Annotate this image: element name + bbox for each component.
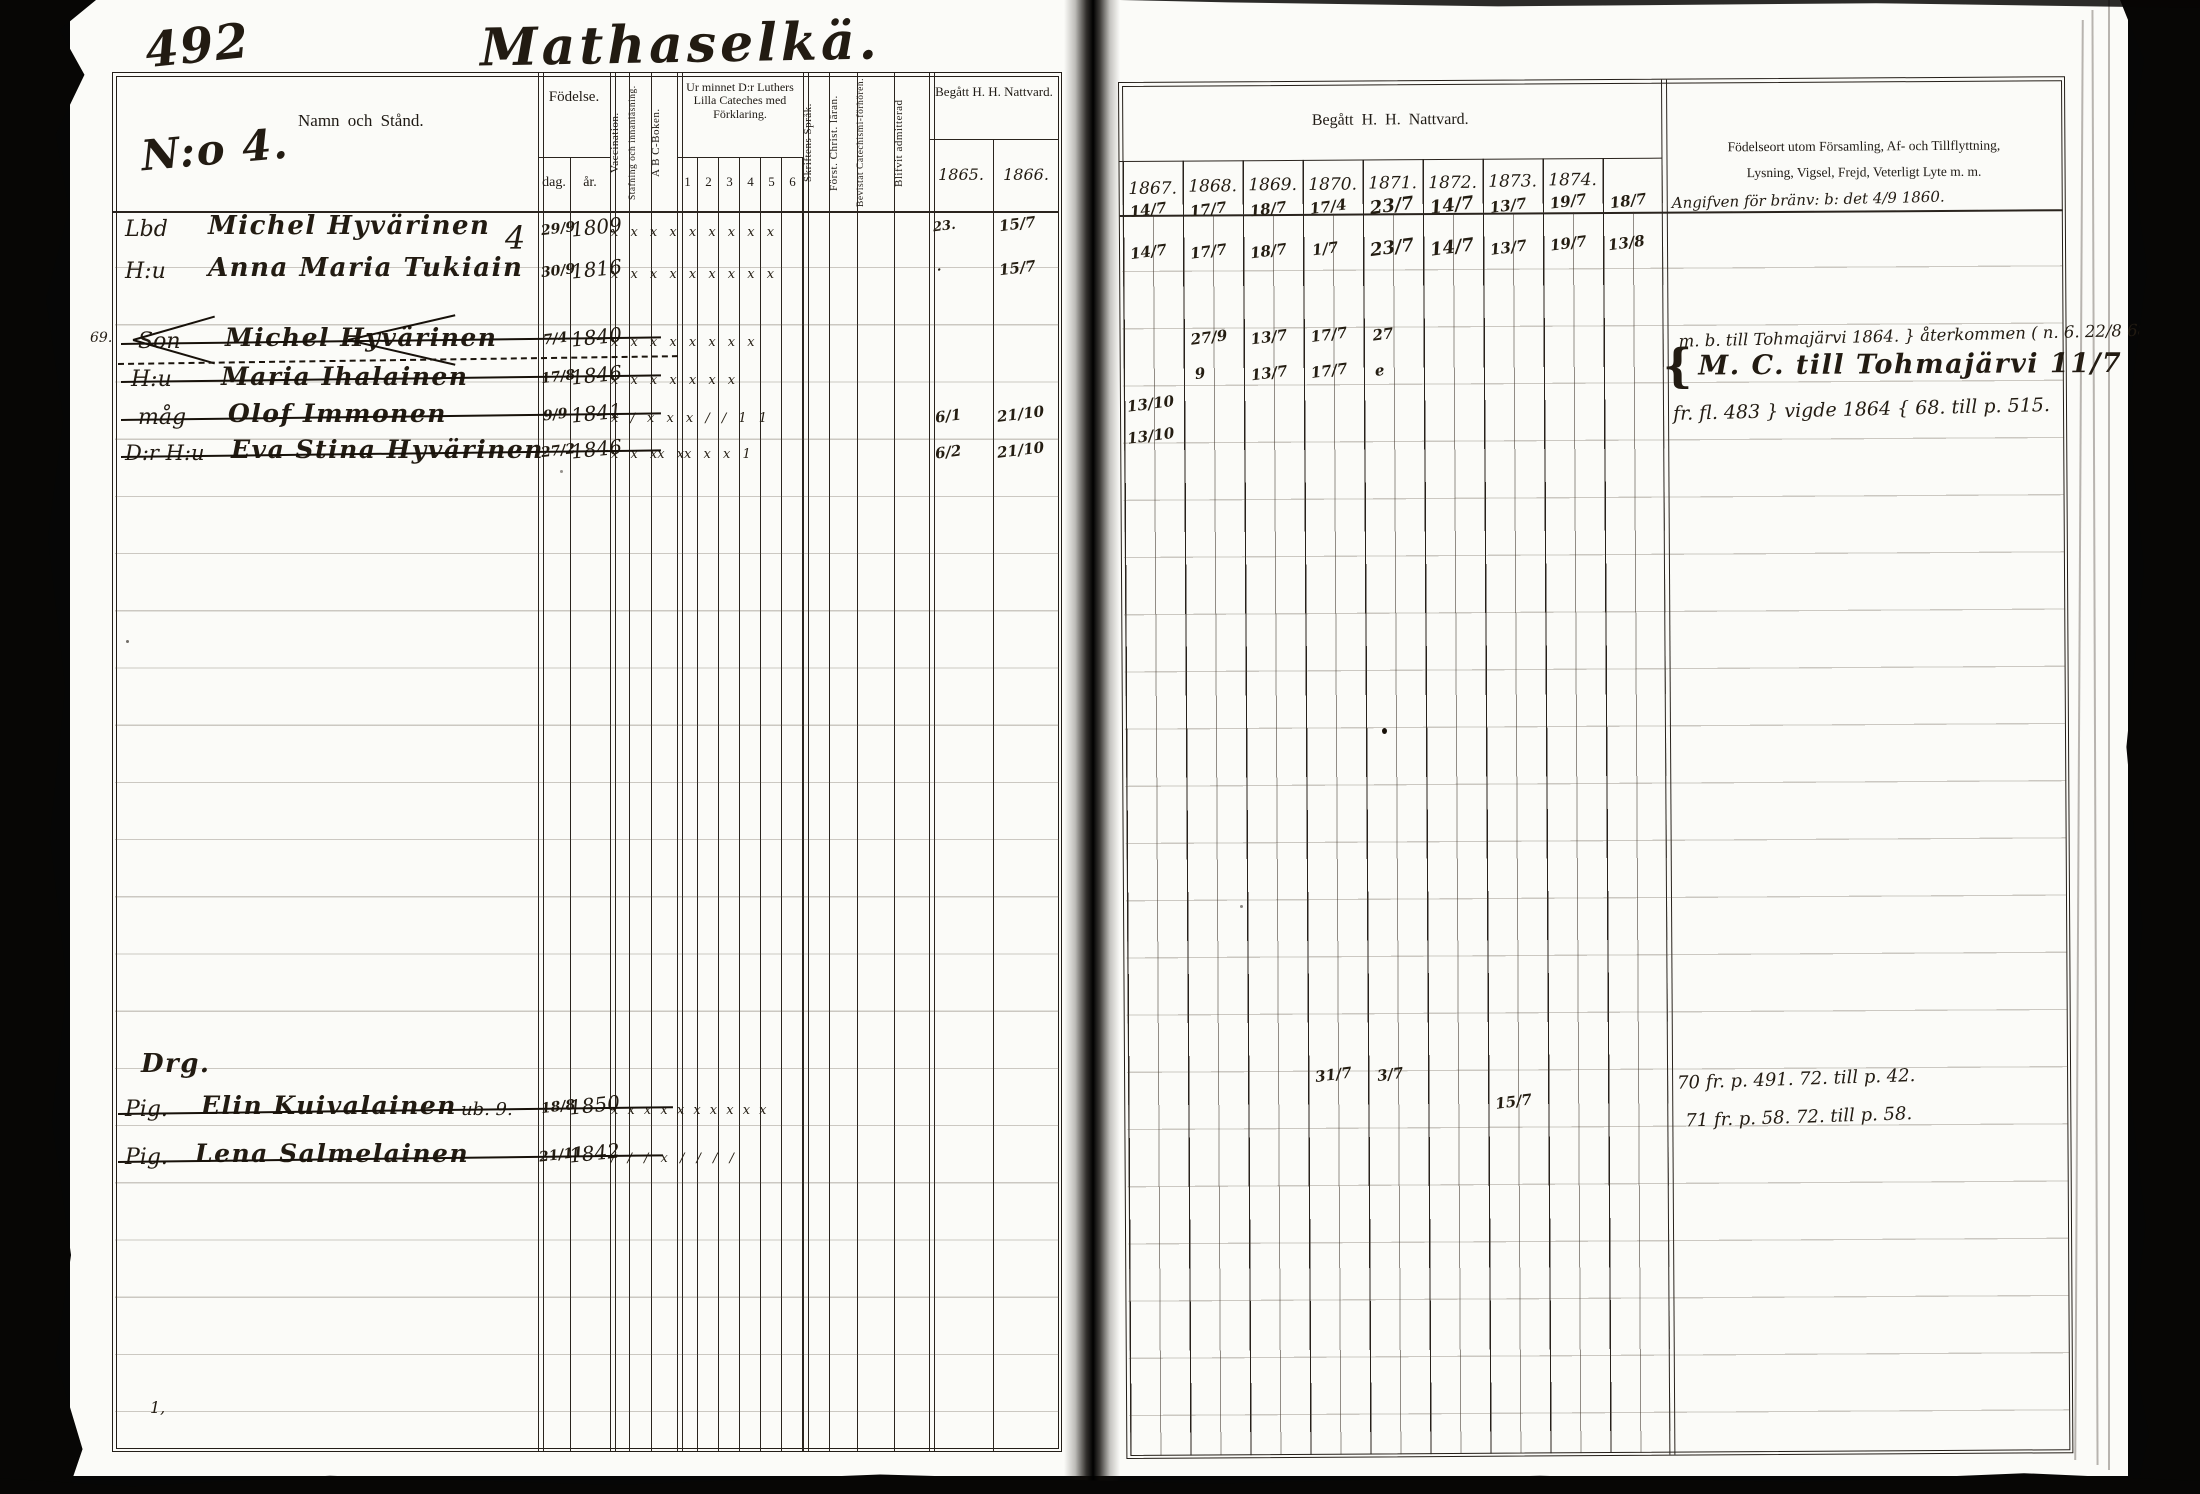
ink-speck	[1382, 728, 1387, 734]
reading-marks: x x x x x x x x x x	[611, 1103, 767, 1118]
year-1874: 1874.	[1543, 170, 1603, 190]
communion-1865: 6/2	[934, 441, 962, 462]
communion-1871: 27	[1371, 324, 1394, 345]
row-name: Michel Hyvärinen	[208, 211, 490, 241]
ink-speck	[560, 470, 563, 473]
rule	[929, 139, 1059, 140]
cateches-subcol-4: 4	[740, 175, 761, 190]
reading-marks: x x x x x x x x x	[611, 225, 774, 240]
row-extra-mark: 4	[505, 219, 525, 257]
column-header-blifvit: Blifvit admitterad	[894, 78, 929, 208]
row-prefix: Lbd	[125, 217, 168, 242]
column-header-fodelse: Födelse.	[538, 89, 610, 106]
annotation-move-2-text: M. C. till Tohmajärvi 11/7 72.	[1698, 347, 2184, 381]
column-header-namn: Namn och Stånd.	[298, 111, 424, 130]
scanned-parish-register: 492 Mathaselkä. 69. 1, Namn och Stånd. N…	[0, 0, 2200, 1494]
row-prefix: H:u	[125, 259, 166, 284]
column-header-abc: A B C-Boken.	[651, 78, 677, 208]
year-1873: 1873.	[1483, 171, 1543, 191]
column-header-dag: dag.	[538, 175, 570, 191]
cateches-subcol-6: 6	[782, 175, 803, 190]
column-header-nattvard-left: Begått H. H. Nattvard.	[931, 85, 1057, 100]
communion-1871: 3/7	[1376, 1064, 1404, 1085]
year-1870: 1870.	[1303, 175, 1363, 195]
column-header-skriftens: Skriftens Språk.	[803, 78, 829, 208]
reading-marks: / / / x / / / /	[611, 1151, 734, 1166]
row-prefix: Pig.	[125, 1097, 168, 1122]
scan-edge-right	[2120, 0, 2200, 1494]
page-title: Mathaselkä.	[479, 11, 881, 79]
communion-1870: 1/7	[1311, 238, 1339, 259]
cateches-subcol-2: 2	[698, 175, 719, 190]
year-1868: 1868.	[1183, 176, 1243, 196]
column-header-forst: Först. Christ. läran.	[829, 78, 857, 208]
page-number: 492	[142, 13, 252, 80]
column-header-cateches: Ur minnet D:r Luthers Lilla Cateches med…	[679, 81, 801, 121]
cateches-subcol-5: 5	[761, 175, 782, 190]
ink-speck	[1240, 905, 1243, 908]
row-name: Elin Kuivalainen	[201, 1091, 457, 1120]
cateches-subcol-3: 3	[719, 175, 740, 190]
left-page-table: Namn och Stånd. N:o 4. Födelse. dag. år.…	[112, 72, 1062, 1452]
year-1869: 1869.	[1243, 175, 1303, 195]
year-1867: 1867.	[1123, 179, 1183, 199]
row-name: Lena Salmelainen	[195, 1139, 469, 1168]
year-1871: 1871.	[1363, 173, 1423, 193]
year-1865: 1865.	[929, 165, 993, 184]
year-1872: 1872.	[1423, 173, 1483, 193]
cateches-subcol-1: 1	[677, 175, 698, 190]
right-page-table: Begått H. H. Nattvard. 1867. 1868. 1869.…	[1118, 76, 2073, 1459]
reading-marks: x x x x x x x x x	[611, 267, 774, 282]
communion-1865: 23.	[932, 218, 956, 236]
column-header-notes-line2: Lysning, Vigsel, Frejd, Veterligt Lyte m…	[1672, 163, 2057, 180]
row-prefix: Pig.	[125, 1145, 168, 1170]
annotation-move-2: { M. C. till Tohmajärvi 11/7 72. }	[1663, 344, 2200, 384]
margin-note: 69.	[90, 330, 112, 346]
household-number: N:o 4.	[139, 119, 291, 181]
brace-left: {	[1663, 347, 1693, 384]
rule	[538, 157, 610, 158]
column-header-bevistat: Bevistat Catechismi-förhören.	[857, 78, 894, 208]
row-name: Eva Stina Hyvärinen	[231, 435, 544, 464]
ink-speck	[126, 640, 129, 643]
communion-1865: 6/1	[934, 405, 962, 426]
row-prefix: D:r H:u	[125, 441, 205, 465]
book-gutter	[1064, 0, 1120, 1494]
column-header-notes-line1: Födelseort utom Församling, Af- och Till…	[1671, 137, 2056, 154]
row-name: Anna Maria Tukiain	[208, 253, 523, 283]
row-name: Olof Immonen	[228, 399, 447, 428]
column-header-ar: år.	[570, 175, 610, 191]
column-header-stafning: Stafning och innanläsning.	[629, 78, 651, 208]
annotation-top: Angifven för bränv: b: det 4/9 1860.	[1672, 188, 1945, 212]
section-heading: Drg.	[141, 1049, 210, 1079]
page-edge-line	[2108, 0, 2110, 1470]
column-header-nattvard-right: Begått H. H. Nattvard.	[1119, 110, 1661, 131]
row-rules	[115, 211, 1059, 1449]
column-header-vaccination: Vaccination.	[610, 78, 629, 208]
communion-1868: 9	[1194, 364, 1207, 383]
rule	[677, 157, 803, 158]
year-1866: 1866.	[993, 165, 1059, 184]
